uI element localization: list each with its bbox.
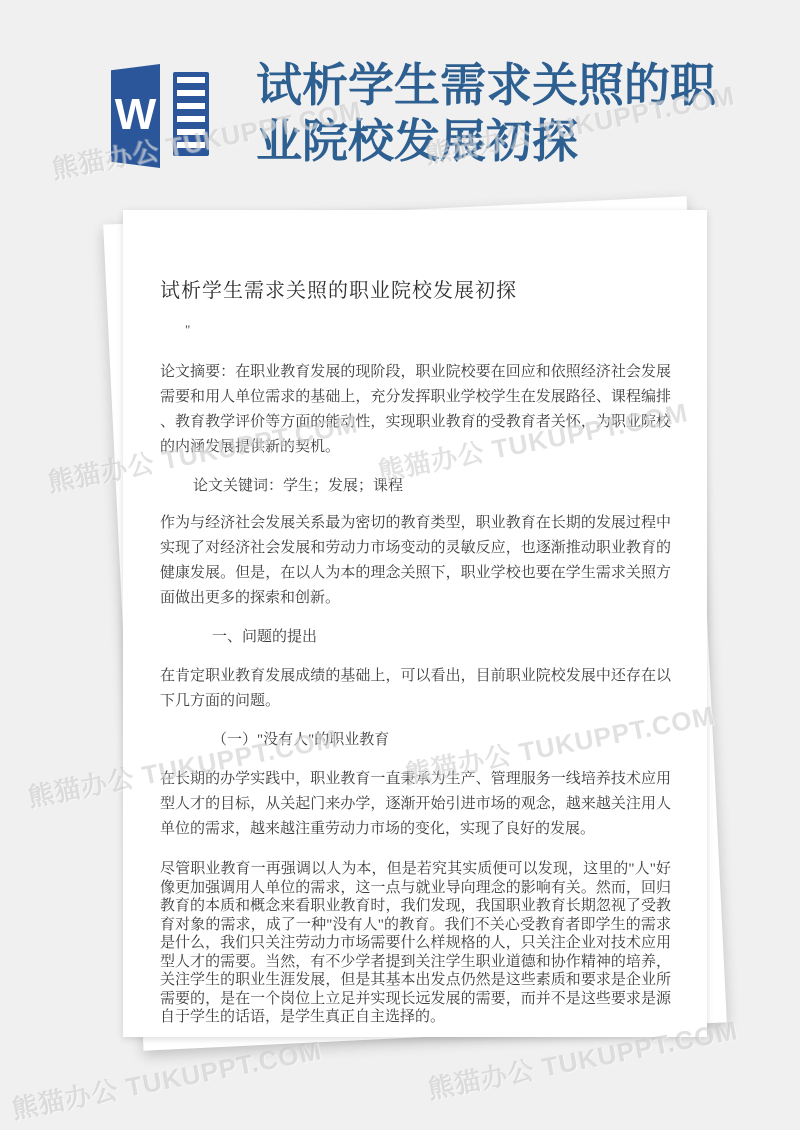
body-paragraph: 在肯定职业教育发展成绩的基础上，可以看出，目前职业院校发展中还存在以下几方面的问… xyxy=(160,664,671,714)
abstract-paragraph: 论文摘要：在职业教育发展的现阶段，职业院校要在回应和依照经济社会发展需要和用人单… xyxy=(160,360,671,460)
body-paragraph: 作为与经济社会发展关系最为密切的教育类型，职业教育在长期的发展过程中实现了对经济… xyxy=(160,511,671,611)
subsection-heading: （一）"没有人"的职业教育 xyxy=(160,728,671,753)
document-title: 试析学生需求关照的职业院校发展初探 xyxy=(160,276,671,306)
word-icon-letter: W xyxy=(115,93,157,137)
body-paragraph: 在长期的办学实践中，职业教育一直秉承为生产、管理服务一线培养技术应用型人才的目标… xyxy=(160,767,671,842)
word-icon-panel: W xyxy=(111,64,160,168)
word-icon-document-lines xyxy=(177,77,205,151)
page-title: 试析学生需求关照的职业院校发展初探 xyxy=(256,58,728,170)
quote-mark: " xyxy=(160,322,671,338)
preview-canvas: W 试析学生需求关照的职业院校发展初探 试析学生需求关照的职业院校发展初探 " … xyxy=(0,0,800,1130)
word-icon: W xyxy=(111,64,211,168)
body-paragraph: 尽管职业教育一再强调以人为本，但是若究其实质便可以发现，这里的"人"好像更加强调… xyxy=(160,860,671,1027)
word-icon-document xyxy=(173,72,209,156)
section-heading: 一、问题的提出 xyxy=(160,625,671,650)
document-page: 试析学生需求关照的职业院校发展初探 " 论文摘要：在职业教育发展的现阶段，职业院… xyxy=(123,210,707,1037)
keywords-line: 论文关键词：学生；发展；课程 xyxy=(160,474,671,499)
